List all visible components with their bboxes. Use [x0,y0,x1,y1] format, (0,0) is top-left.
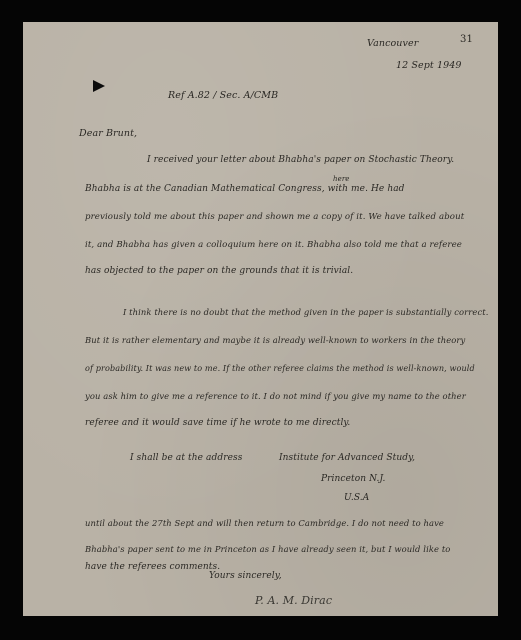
letter-date: 12 Sept 1949 [396,60,462,71]
body-line: But it is rather elementary and maybe it… [85,335,465,345]
letter-page: 31 Vancouver 12 Sept 1949 Ref A.82 / Sec… [23,22,498,616]
punch-hole-mark [93,80,105,92]
body-line: I think there is no doubt that the metho… [123,307,488,317]
body-line: has objected to the paper on the grounds… [85,266,353,276]
closing-line: have the referees comments. [85,562,220,572]
address-line: U.S.A [344,493,369,503]
address-line: Institute for Advanced Study, [279,453,415,463]
body-line: it, and Bhabha has given a colloquium he… [85,240,462,250]
body-line: I received your letter about Bhabha's pa… [147,155,454,165]
insertion-word: here [333,175,350,183]
salutation: Dear Brunt, [79,128,137,139]
address-intro: I shall be at the address [130,453,242,463]
valediction: Yours sincerely, [209,571,282,581]
signature: P. A. M. Dirac [255,594,332,607]
body-line: Bhabha is at the Canadian Mathematical C… [85,184,405,194]
body-line: referee and it would save time if he wro… [85,418,350,428]
address-line: Princeton N.J. [321,474,385,484]
letter-place: Vancouver [367,38,418,49]
page-number: 31 [460,34,473,45]
closing-line: until about the 27th Sept and will then … [85,518,444,528]
body-line: of probability. It was new to me. If the… [85,363,475,373]
body-line: previously told me about this paper and … [85,212,464,222]
reference-number: Ref A.82 / Sec. A/CMB [168,90,278,101]
closing-line: Bhabha's paper sent to me in Princeton a… [85,544,450,554]
body-line: you ask him to give me a reference to it… [85,391,466,401]
